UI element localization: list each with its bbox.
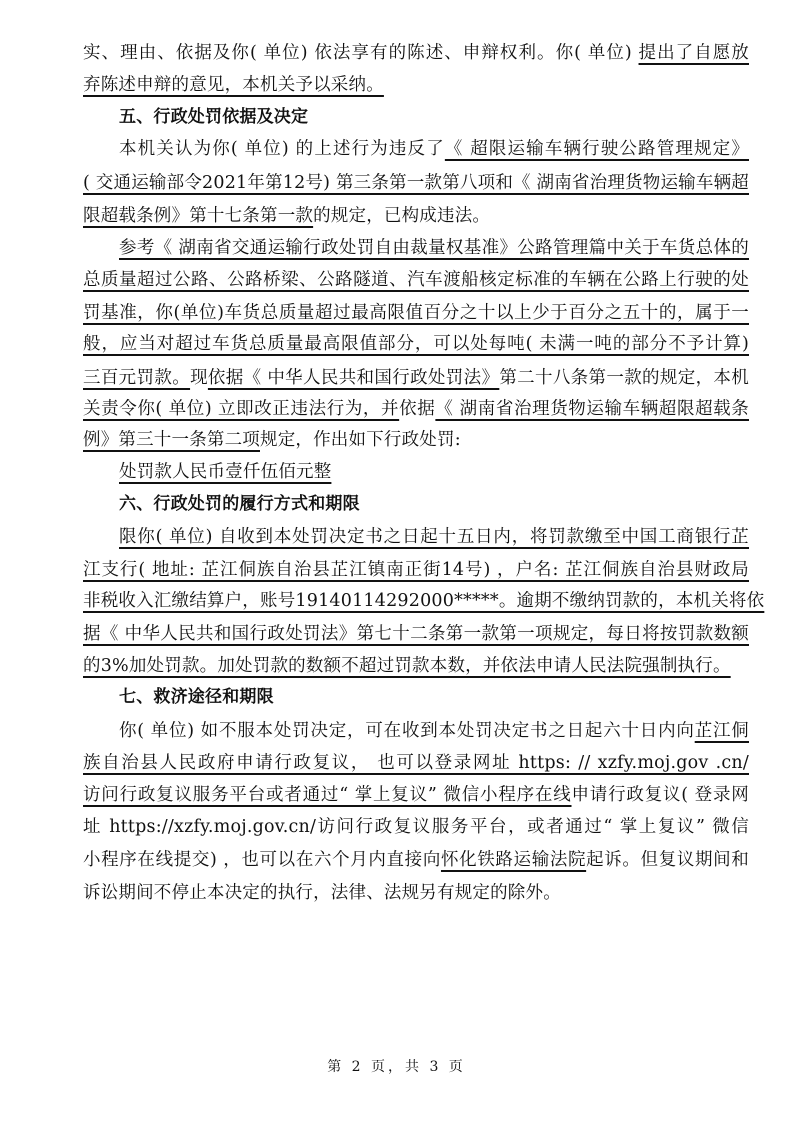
paragraph-line: 三百元罚款。现依据《 中华人民共和国行政处罚法》第二十八条第一款的规定，本机 (83, 362, 749, 394)
section-heading: 七、救济途径和期限 (83, 681, 749, 713)
paragraph-line: 实、理由、依据及你( 单位) 依法享有的陈述、申辩权利。你( 单位) 提出了自愿… (83, 37, 749, 69)
paragraph-line: 本机关认为你( 单位) 的上述行为违反了《 超限运输车辆行驶公路管理规定》 (83, 133, 749, 165)
underlined-text: 罚基准，你(单位)车货总质量超过最高限值百分之十以上少于百分之五十的，属于一 (83, 303, 749, 323)
underlined-text: 江支行( 地址: 芷江侗族自治县芷江镇南正街14号) ，户名: 芷江侗族自治县财… (83, 560, 749, 580)
paragraph-line: 你( 单位) 如不服本处罚决定，可在收到本处罚决定书之日起六十日内向芷江侗 (83, 715, 749, 747)
text-segment: 现 (190, 368, 208, 388)
paragraph-line: 关责令你( 单位) 立即改正违法行为，并依据《 湖南省治理货物运输车辆超限超载条 (83, 393, 749, 425)
text-segment: 六、行政处罚的履行方式和期限 (119, 494, 360, 514)
paragraph-line: ( 交通运输部令2021年第12号) 第三条第一款第八项和《 湖南省治理货物运输… (83, 167, 749, 199)
underlined-text: 依据《 中华人民共和国行政处罚法》 (208, 368, 499, 388)
underlined-text: 参考《 湖南省交通运输行政处罚自由裁量权基准》公路管理篇中关于车货总体的 (119, 238, 749, 258)
text-segment: 五、行政处罚依据及决定 (119, 107, 308, 127)
underlined-text: 怀化铁路运输法院 (441, 850, 586, 870)
paragraph-line: 限你( 单位) 自收到本处罚决定书之日起十五日内，将罚款缴至中国工商银行芷 (83, 521, 749, 553)
underlined-text: 限你( 单位) 自收到本处罚决定书之日起十五日内，将罚款缴至中国工商银行芷 (119, 527, 749, 547)
text-segment: 依据 (399, 399, 435, 419)
underlined-text: 访问行政复议服务平台或者通过“ 掌上复议” 微信小程序在线 (83, 785, 572, 805)
section-heading: 六、行政处罚的履行方式和期限 (83, 488, 749, 520)
underlined-text: 《 湖南省治理货物运输车辆超限超载条 (435, 399, 749, 419)
paragraph-line: 般，应当对超过车货总质量最高限值部分，可以处每吨( 未满一吨的部分不予计算) (83, 328, 749, 360)
text-segment: 你( 单位) 如不服本处罚决定，可在收到本处罚决定书之日起六十日内向 (119, 721, 695, 741)
text-segment: 第二十八条第一款的规定，本机 (499, 368, 749, 388)
underlined-text: 限超载条例》第十七条第一款 (83, 206, 313, 226)
page-footer: 第 2 页，共 3 页 (0, 1056, 793, 1076)
section-heading: 五、行政处罚依据及决定 (83, 101, 749, 133)
underlined-text: 三百元罚款。 (83, 368, 190, 388)
text-segment: 起诉。但复议期间和 (586, 850, 749, 870)
underlined-text: 《 超限运输车辆行驶公路管理规定》 (445, 139, 749, 159)
paragraph-line: 总质量超过公路、公路桥梁、公路隧道、汽车渡船核定标准的车辆在公路上行驶的处 (83, 264, 749, 296)
paragraph-line: 参考《 湖南省交通运输行政处罚自由裁量权基准》公路管理篇中关于车货总体的 (83, 232, 749, 264)
underlined-text: 弃陈述申辩的意见，本机关予以采纳。 (83, 75, 384, 95)
document-page: 实、理由、依据及你( 单位) 依法享有的陈述、申辩权利。你( 单位) 提出了自愿… (0, 0, 793, 1122)
underlined-text: 族自治县人民政府申请行政复议， 也可以登录网址 https: // xzfy.m… (83, 753, 749, 773)
text-segment: 址 https://xzfy.moj.gov.cn/访问行政复议服务平台，或者通… (83, 817, 749, 837)
paragraph-line: 例》第三十一条第二项规定，作出如下行政处罚: (83, 424, 749, 456)
paragraph-line: 诉讼期间不停止本决定的执行，法律、法规另有规定的除外。 (83, 877, 749, 909)
text-segment: 的规定，已构成违法。 (313, 206, 490, 226)
paragraph-line: 江支行( 地址: 芷江侗族自治县芷江镇南正街14号) ，户名: 芷江侗族自治县财… (83, 554, 749, 586)
paragraph-line: 据《 中华人民共和国行政处罚法》第七十二条第一款第一项规定，每日将按罚款数额 (83, 618, 749, 650)
paragraph-line: 小程序在线提交) ，也可以在六个月内直接向怀化铁路运输法院起诉。但复议期间和 (83, 844, 749, 876)
paragraph-line: 访问行政复议服务平台或者通过“ 掌上复议” 微信小程序在线申请行政复议( 登录网 (83, 779, 749, 811)
underlined-text: 非税收入汇缴结算户，账号19140114292000*****。逾期不缴纳罚款的… (83, 591, 764, 611)
underlined-text: 般，应当对超过车货总质量最高限值部分，可以处每吨( 未满一吨的部分不予计算) (83, 334, 749, 354)
underlined-text: 据《 中华人民共和国行政处罚法》第七十二条第一款第一项规定，每日将按罚款数额 (83, 624, 749, 644)
underlined-text: 提出了自愿放 (639, 43, 749, 63)
underlined-text: 总质量超过公路、公路桥梁、公路隧道、汽车渡船核定标准的车辆在公路上行驶的处 (83, 270, 749, 290)
paragraph-line: 限超载条例》第十七条第一款的规定，已构成违法。 (83, 200, 749, 232)
underlined-text: ( 交通运输部令2021年第12号) 第三条第一款第八项和《 湖南省治理货物运输… (83, 173, 749, 193)
paragraph-line: 弃陈述申辩的意见，本机关予以采纳。 (83, 69, 749, 101)
underlined-text: 处罚款人民币壹仟伍佰元整 (119, 462, 331, 482)
text-segment: 七、救济途径和期限 (119, 687, 274, 707)
underlined-text: 的3%加处罚款。加处罚款的数额不超过罚款本数，并依法申请人民法院强制执行。 (83, 656, 731, 676)
paragraph-line: 族自治县人民政府申请行政复议， 也可以登录网址 https: // xzfy.m… (83, 747, 749, 779)
underlined-text: 关责令你( 单位) 立即改正违法行为，并 (83, 399, 399, 419)
text-segment: 诉讼期间不停止本决定的执行，法律、法规另有规定的除外。 (83, 883, 561, 903)
paragraph-line: 非税收入汇缴结算户，账号19140114292000*****。逾期不缴纳罚款的… (83, 585, 749, 617)
text-segment: 申请行政复议( 登录网 (572, 785, 749, 805)
underlined-text: 例》第三十一条第二项 (83, 430, 260, 450)
text-segment: 本机关认为你( 单位) 的上述行为违反了 (119, 139, 445, 159)
text-segment: 规定，作出如下行政处罚: (260, 430, 461, 450)
text-segment: 小程序在线提交) ，也可以在六个月内直接向 (83, 850, 441, 870)
paragraph-line: 处罚款人民币壹仟伍佰元整 (83, 456, 749, 488)
underlined-text: 芷江侗 (695, 721, 749, 741)
text-segment: 实、理由、依据及你( 单位) 依法享有的陈述、申辩权利。你( 单位) (83, 43, 639, 63)
paragraph-line: 址 https://xzfy.moj.gov.cn/访问行政复议服务平台，或者通… (83, 811, 749, 843)
paragraph-line: 的3%加处罚款。加处罚款的数额不超过罚款本数，并依法申请人民法院强制执行。 (83, 650, 749, 682)
paragraph-line: 罚基准，你(单位)车货总质量超过最高限值百分之十以上少于百分之五十的，属于一 (83, 297, 749, 329)
